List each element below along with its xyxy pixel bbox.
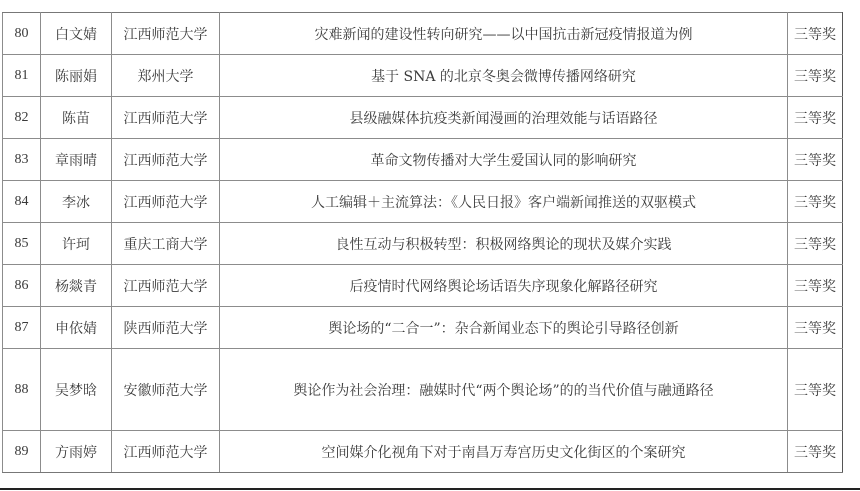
school-name: 江西师范大学	[112, 265, 220, 307]
entry-number: 87	[3, 307, 41, 349]
paper-title: 空间媒介化视角下对于南昌万寿宫历史文化街区的个案研究	[220, 431, 788, 473]
award-level: 三等奖	[788, 223, 843, 265]
award-list-table: 80 白文婧 江西师范大学 灾难新闻的建设性转向研究——以中国抗击新冠疫情报道为…	[2, 12, 843, 473]
award-level: 三等奖	[788, 13, 843, 55]
award-level: 三等奖	[788, 265, 843, 307]
school-name: 江西师范大学	[112, 431, 220, 473]
paper-title: 灾难新闻的建设性转向研究——以中国抗击新冠疫情报道为例	[220, 13, 788, 55]
entry-number: 85	[3, 223, 41, 265]
page-divider	[0, 488, 860, 490]
school-name: 重庆工商大学	[112, 223, 220, 265]
entry-number: 88	[3, 349, 41, 431]
author-name: 李冰	[41, 181, 112, 223]
award-level: 三等奖	[788, 55, 843, 97]
paper-title: 舆论作为社会治理：融媒时代“两个舆论场”的的当代价值与融通路径	[220, 349, 788, 431]
paper-title: 后疫情时代网络舆论场话语失序现象化解路径研究	[220, 265, 788, 307]
award-level: 三等奖	[788, 181, 843, 223]
award-level: 三等奖	[788, 97, 843, 139]
table-row: 83 章雨晴 江西师范大学 革命文物传播对大学生爱国认同的影响研究 三等奖	[3, 139, 843, 181]
author-name: 章雨晴	[41, 139, 112, 181]
school-name: 江西师范大学	[112, 139, 220, 181]
table-row: 86 杨燚青 江西师范大学 后疫情时代网络舆论场话语失序现象化解路径研究 三等奖	[3, 265, 843, 307]
paper-title: 良性互动与积极转型：积极网络舆论的现状及媒介实践	[220, 223, 788, 265]
award-level: 三等奖	[788, 139, 843, 181]
author-name: 陈苗	[41, 97, 112, 139]
author-name: 许珂	[41, 223, 112, 265]
school-name: 郑州大学	[112, 55, 220, 97]
award-level: 三等奖	[788, 431, 843, 473]
school-name: 江西师范大学	[112, 97, 220, 139]
school-name: 陕西师范大学	[112, 307, 220, 349]
table-row: 81 陈丽娟 郑州大学 基于 SNA 的北京冬奥会微博传播网络研究 三等奖	[3, 55, 843, 97]
award-level: 三等奖	[788, 307, 843, 349]
award-level: 三等奖	[788, 349, 843, 431]
entry-number: 80	[3, 13, 41, 55]
school-name: 安徽师范大学	[112, 349, 220, 431]
paper-title: 舆论场的“二合一”：杂合新闻业态下的舆论引导路径创新	[220, 307, 788, 349]
entry-number: 83	[3, 139, 41, 181]
author-name: 白文婧	[41, 13, 112, 55]
entry-number: 86	[3, 265, 41, 307]
school-name: 江西师范大学	[112, 181, 220, 223]
paper-title: 革命文物传播对大学生爱国认同的影响研究	[220, 139, 788, 181]
author-name: 陈丽娟	[41, 55, 112, 97]
table-row: 85 许珂 重庆工商大学 良性互动与积极转型：积极网络舆论的现状及媒介实践 三等…	[3, 223, 843, 265]
table-row: 87 申依婧 陕西师范大学 舆论场的“二合一”：杂合新闻业态下的舆论引导路径创新…	[3, 307, 843, 349]
entry-number: 84	[3, 181, 41, 223]
author-name: 杨燚青	[41, 265, 112, 307]
paper-title: 基于 SNA 的北京冬奥会微博传播网络研究	[220, 55, 788, 97]
table-row: 88 吴梦晗 安徽师范大学 舆论作为社会治理：融媒时代“两个舆论场”的的当代价值…	[3, 349, 843, 431]
author-name: 方雨婷	[41, 431, 112, 473]
author-name: 吴梦晗	[41, 349, 112, 431]
entry-number: 82	[3, 97, 41, 139]
paper-title: 县级融媒体抗疫类新闻漫画的治理效能与话语路径	[220, 97, 788, 139]
table-row: 89 方雨婷 江西师范大学 空间媒介化视角下对于南昌万寿宫历史文化街区的个案研究…	[3, 431, 843, 473]
table-row: 84 李冰 江西师范大学 人工编辑＋主流算法：《人民日报》客户端新闻推送的双驱模…	[3, 181, 843, 223]
paper-title: 人工编辑＋主流算法：《人民日报》客户端新闻推送的双驱模式	[220, 181, 788, 223]
entry-number: 89	[3, 431, 41, 473]
school-name: 江西师范大学	[112, 13, 220, 55]
table-row: 82 陈苗 江西师范大学 县级融媒体抗疫类新闻漫画的治理效能与话语路径 三等奖	[3, 97, 843, 139]
entry-number: 81	[3, 55, 41, 97]
table-row: 80 白文婧 江西师范大学 灾难新闻的建设性转向研究——以中国抗击新冠疫情报道为…	[3, 13, 843, 55]
author-name: 申依婧	[41, 307, 112, 349]
